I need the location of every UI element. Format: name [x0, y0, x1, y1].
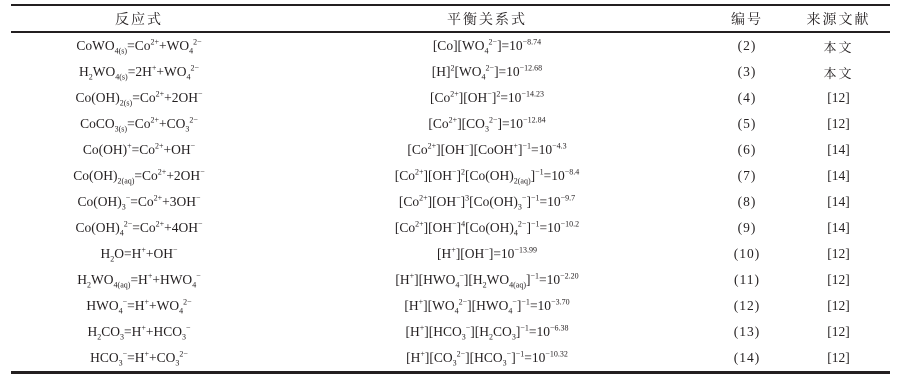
- number-cell: (4): [707, 90, 787, 106]
- number-cell: (12): [707, 298, 787, 314]
- number-cell: (6): [707, 142, 787, 158]
- number-cell: (2): [707, 38, 787, 54]
- equilibrium-cell: [Co][WO42−]=10−8.74: [267, 38, 707, 54]
- table-row: H2WO4(aq)=H++HWO4− [H+][HWO4−][H2WO4(aq)…: [11, 267, 890, 293]
- equilibrium-cell: [H]2[WO42−]=10−12.68: [267, 64, 707, 80]
- table-row: Co(OH)+=Co2++OH− [Co2+][OH−][CoOH+]−1=10…: [11, 137, 890, 163]
- number-cell: (5): [707, 116, 787, 132]
- source-cell: [12]: [787, 246, 890, 262]
- equilibrium-cell: [Co2+][OH−]4[Co(OH)42−]−1=10−10.2: [267, 220, 707, 236]
- number-cell: (10): [707, 246, 787, 262]
- reaction-cell: Co(OH)42−=Co2++4OH−: [11, 220, 267, 236]
- bottom-rule: [11, 371, 890, 374]
- table-row: H2WO4(s)=2H++WO42− [H]2[WO42−]=10−12.68 …: [11, 59, 890, 85]
- table-row: H2CO3=H++HCO3− [H+][HCO3−][H2CO3]−1=10−6…: [11, 319, 890, 345]
- reaction-cell: H2WO4(s)=2H++WO42−: [11, 64, 267, 80]
- number-cell: (9): [707, 220, 787, 236]
- table-row: CoCO3(s)=Co2++CO32− [Co2+][CO32−]=10−12.…: [11, 111, 890, 137]
- source-cell: [14]: [787, 220, 890, 236]
- equilibrium-cell: [H+][HCO3−][H2CO3]−1=10−6.38: [267, 324, 707, 340]
- source-cell: [12]: [787, 116, 890, 132]
- number-cell: (13): [707, 324, 787, 340]
- number-cell: (8): [707, 194, 787, 210]
- reaction-cell: H2WO4(aq)=H++HWO4−: [11, 272, 267, 288]
- equilibrium-cell: [Co2+][OH−][CoOH+]−1=10−4.3: [267, 142, 707, 158]
- number-cell: (14): [707, 350, 787, 366]
- source-cell: [12]: [787, 298, 890, 314]
- equilibrium-cell: [H+][CO32−][HCO3−]−1=10−10.32: [267, 350, 707, 366]
- number-cell: (7): [707, 168, 787, 184]
- reaction-cell: Co(OH)2(aq)=Co2++2OH−: [11, 168, 267, 184]
- number-cell: (11): [707, 272, 787, 288]
- equilibrium-cell: [H+][WO42−][HWO4−]−1=10−3.70: [267, 298, 707, 314]
- source-cell: [14]: [787, 142, 890, 158]
- reaction-cell: CoCO3(s)=Co2++CO32−: [11, 116, 267, 132]
- source-cell: [12]: [787, 350, 890, 366]
- reaction-cell: H2O=H++OH−: [11, 246, 267, 262]
- reaction-cell: H2CO3=H++HCO3−: [11, 324, 267, 340]
- source-cell: [14]: [787, 194, 890, 210]
- reaction-cell: Co(OH)2(s)=Co2++2OH−: [11, 90, 267, 106]
- source-cell: [12]: [787, 90, 890, 106]
- header-equilibrium: 平衡关系式: [267, 9, 707, 29]
- table-row: Co(OH)2(s)=Co2++2OH− [Co2+][OH−]2=10−14.…: [11, 85, 890, 111]
- equilibrium-cell: [Co2+][CO32−]=10−12.84: [267, 116, 707, 132]
- table-row: HWO4−=H++WO42− [H+][WO42−][HWO4−]−1=10−3…: [11, 293, 890, 319]
- table-row: CoWO4(s)=Co2++WO42− [Co][WO42−]=10−8.74 …: [11, 33, 890, 59]
- equilibrium-cell: [H+][OH−]=10−13.99: [267, 246, 707, 262]
- header-number: 编号: [707, 9, 787, 29]
- number-cell: (3): [707, 64, 787, 80]
- table-row: HCO3−=H++CO32− [H+][CO32−][HCO3−]−1=10−1…: [11, 345, 890, 371]
- table-body: CoWO4(s)=Co2++WO42− [Co][WO42−]=10−8.74 …: [11, 33, 890, 371]
- header-reaction: 反应式: [11, 9, 267, 29]
- source-cell: [14]: [787, 168, 890, 184]
- reaction-cell: Co(OH)+=Co2++OH−: [11, 142, 267, 158]
- equilibrium-table: 反应式 平衡关系式 编号 来源文献 CoWO4(s)=Co2++WO42− [C…: [11, 4, 890, 374]
- table-row: Co(OH)3−=Co2++3OH− [Co2+][OH−]3[Co(OH)3−…: [11, 189, 890, 215]
- table-header-row: 反应式 平衡关系式 编号 来源文献: [11, 6, 890, 31]
- equilibrium-cell: [Co2+][OH−]2=10−14.23: [267, 90, 707, 106]
- reaction-cell: HCO3−=H++CO32−: [11, 350, 267, 366]
- equilibrium-cell: [Co2+][OH−]2[Co(OH)2(aq)]−1=10−8.4: [267, 168, 707, 184]
- reaction-cell: Co(OH)3−=Co2++3OH−: [11, 194, 267, 210]
- reaction-cell: HWO4−=H++WO42−: [11, 298, 267, 314]
- reaction-cell: CoWO4(s)=Co2++WO42−: [11, 38, 267, 54]
- table-row: Co(OH)42−=Co2++4OH− [Co2+][OH−]4[Co(OH)4…: [11, 215, 890, 241]
- source-cell: 本文: [787, 63, 890, 82]
- source-cell: 本文: [787, 37, 890, 56]
- source-cell: [12]: [787, 324, 890, 340]
- table-row: Co(OH)2(aq)=Co2++2OH− [Co2+][OH−]2[Co(OH…: [11, 163, 890, 189]
- equilibrium-cell: [H+][HWO4−][H2WO4(aq)]−1=10−2.20: [267, 272, 707, 288]
- source-cell: [12]: [787, 272, 890, 288]
- equilibrium-cell: [Co2+][OH−]3[Co(OH)3−]−1=10−9.7: [267, 194, 707, 210]
- table-row: H2O=H++OH− [H+][OH−]=10−13.99 (10) [12]: [11, 241, 890, 267]
- header-source: 来源文献: [787, 9, 890, 29]
